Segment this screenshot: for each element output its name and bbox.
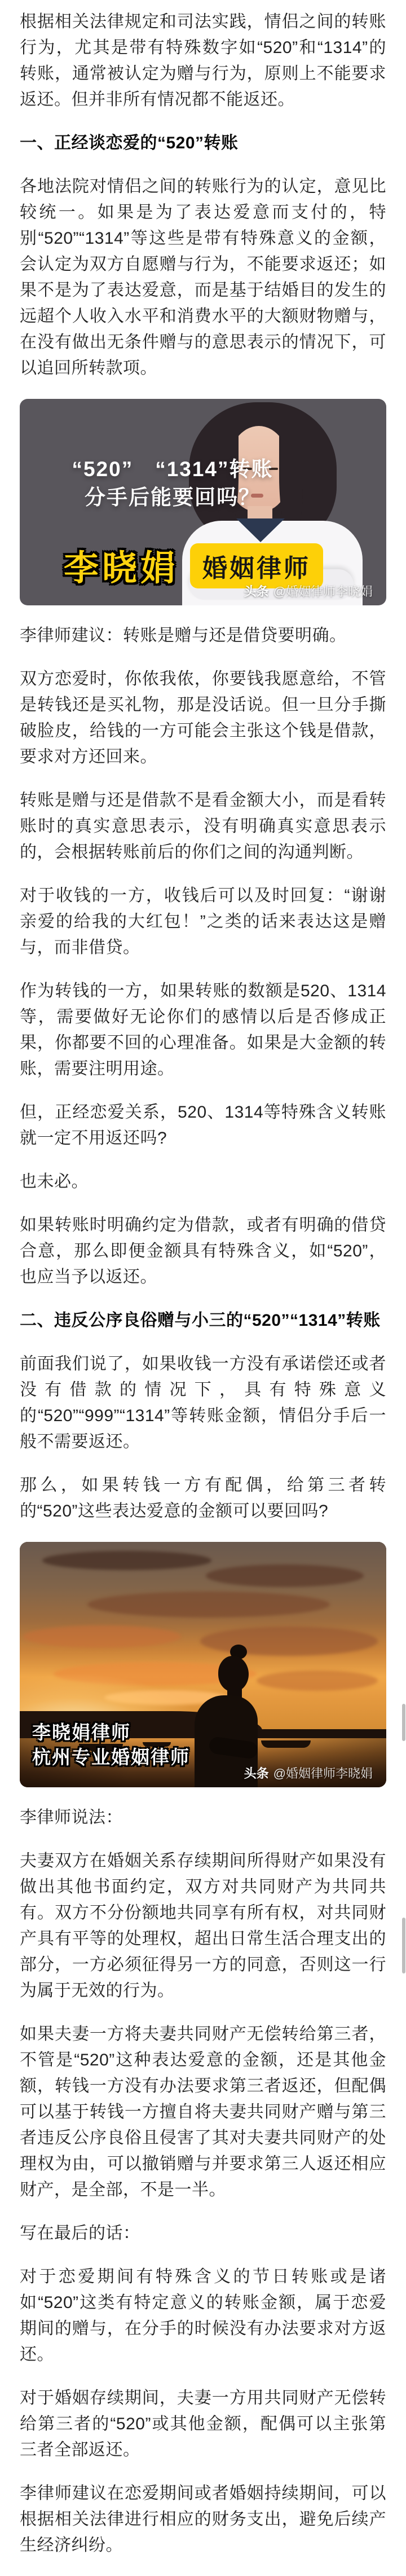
lawyer-cover-image[interactable]: “520” “1314”转账 分手后能要回吗？ 李晓娟 婚姻律师 头条@婚姻律师… [20, 399, 386, 605]
cloud [23, 1625, 181, 1648]
sunset-silhouette-image[interactable]: 李晓娟律师 杭州专业婚姻律师 头条@婚姻律师李晓娟 [20, 1542, 386, 1787]
lawyer-name-text: 李晓娟 [64, 540, 179, 590]
paragraph-summary-2: 对于婚姻存续期间，夫妻一方用共同财产无偿转给第三者的“520”或其他金额，配偶可… [20, 2385, 386, 2463]
paragraph-love: 双方恋爱时，你侬我侬，你要钱我愿意给，不管是转钱还是买礼物，那是没话说。但一旦分… [20, 666, 386, 770]
paragraph-advice: 李律师建议：转账是赠与还是借贷要明确。 [20, 623, 386, 649]
image-caption: 李晓娟律师 杭州专业婚姻律师 [32, 1720, 190, 1770]
cloud [200, 1627, 378, 1656]
paragraph-loan: 如果转账时明确约定为借款，或者有明确的借贷合意，那么即便金额具有特殊含义，如“5… [20, 1212, 386, 1290]
cover-title: “520” “1314”转账 分手后能要回吗？ [51, 455, 294, 512]
paragraph-third-party: 如果夫妻一方将夫妻共同财产无偿转给第三者，不管是“520”这种表达爱意的金额，还… [20, 2021, 386, 2203]
paragraph-mistress-question: 那么，如果转钱一方有配偶，给第三者转的“520”这些表达爱意的金额可以要回吗? [20, 1472, 386, 1524]
cloud [257, 1671, 378, 1691]
cloud [206, 1564, 364, 1587]
toutiao-logo-text: 头条 [244, 1766, 269, 1781]
intro-paragraph: 根据相关法律规定和司法实践，情侣之间的转账行为，尤其是带有特殊数字如“520”和… [20, 9, 386, 113]
paragraph-summary-1: 对于恋爱期间有特殊含义的节日转账或是诸如“520”这类有特定意义的转账金额，属于… [20, 2264, 386, 2368]
paragraph-premise: 前面我们说了，如果收钱一方没有承诺偿还或者没有借款的情况下，具有特殊意义的“52… [20, 1351, 386, 1455]
paragraph-statement: 李律师说法： [20, 1805, 386, 1831]
paragraph-judge: 转账是赠与还是借款不是看金额大小，而是看转账时的真实意思表示，没有明确真实意思表… [20, 788, 386, 865]
paragraph-question: 但，正经恋爱关系，520、1314等特殊含义转账就一定不用返还吗? [20, 1100, 386, 1151]
paragraph-not-sure: 也未必。 [20, 1169, 386, 1195]
paragraph-marital-property: 夫妻双方在婚姻关系存续期间所得财产如果没有做出其他书面约定，双方对共同财产为共同… [20, 1848, 386, 2004]
cloud [42, 1551, 211, 1570]
cover-title-line1: “520” “1314”转账 [51, 455, 294, 483]
cover-title-line2: 分手后能要回吗？ [51, 483, 294, 512]
section-1-heading: 一、正经谈恋爱的“520”转账 [20, 130, 386, 156]
watermark-handle: @婚姻律师李晓娟 [273, 584, 373, 599]
article-screen: { "page": { "background": "#ffffff", "te… [0, 0, 406, 2559]
caption-line1: 李晓娟律师 [32, 1720, 190, 1745]
paragraph-summary-3: 李律师建议在恋爱期间或者婚姻持续期间，可以根据相关法律进行相应的财务支出，避免后… [20, 2481, 386, 2559]
scrollbar-thumb[interactable] [402, 1704, 405, 1741]
cloud [87, 1592, 330, 1617]
lawyer-role-badge: 婚姻律师 [190, 543, 323, 588]
toutiao-logo-text: 头条 [244, 584, 269, 599]
scrollbar-thumb[interactable] [402, 1918, 405, 1973]
paragraph-receiver: 对于收钱的一方，收钱后可以及时回复：“谢谢亲爱的给我的大红包！”之类的话来表达这… [20, 883, 386, 961]
watermark-handle: @婚姻律师李晓娟 [273, 1766, 373, 1781]
boat-silhouette [261, 1740, 311, 1748]
article-body: 根据相关法律规定和司法实践，情侣之间的转账行为，尤其是带有特殊数字如“520”和… [0, 0, 406, 2559]
toutiao-watermark: 头条@婚姻律师李晓娟 [244, 582, 373, 600]
paragraph-sender: 作为转钱的一方，如果转账的数额是520、1314等，需要做好无论你们的感情以后是… [20, 978, 386, 1082]
paragraph-final-words: 写在最后的话： [20, 2221, 386, 2247]
paragraph-courts-view: 各地法院对情侣之间的转账行为的认定，意见比较统一。如果是为了表达爱意而支付的，特… [20, 174, 386, 381]
section-2-heading: 二、违反公序良俗赠与小三的“520”“1314”转账 [20, 1308, 386, 1334]
caption-line2: 杭州专业婚姻律师 [32, 1745, 190, 1770]
toutiao-watermark: 头条@婚姻律师李晓娟 [244, 1764, 373, 1782]
